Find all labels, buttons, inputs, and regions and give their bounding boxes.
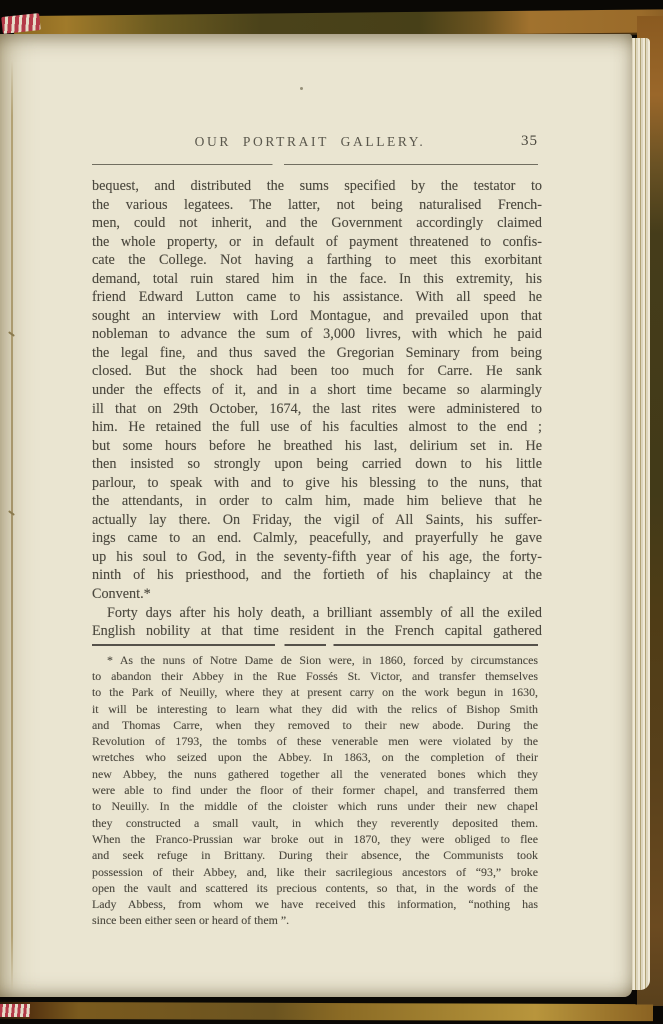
body-text: bequest, and distributed the sums specif… <box>92 177 542 641</box>
book-cover-bottom-edge <box>0 1002 653 1021</box>
page-number: 35 <box>521 133 538 150</box>
text-line: parlour, to speak with and to give his b… <box>92 474 542 493</box>
text-line: were able to find under the floor of the… <box>92 782 538 798</box>
page-gutter-fold <box>11 60 13 991</box>
text-line: Convent.* <box>92 585 542 604</box>
text-line: to Neuilly. In the middle of the cloiste… <box>92 798 538 814</box>
running-header: OUR PORTRAIT GALLERY. 35 <box>92 133 542 152</box>
text-line: and Thomas Carre, when they removed to t… <box>92 717 538 733</box>
running-header-title: OUR PORTRAIT GALLERY. <box>92 134 528 150</box>
text-line: open the vault and scattered its preciou… <box>92 880 538 896</box>
text-line: wretches who seized upon the Abbey. In 1… <box>92 749 538 765</box>
text-line: the various legatees. The latter, not be… <box>92 196 542 215</box>
endband-bottom <box>0 1004 30 1017</box>
text-line: cate the College. Not having a farthing … <box>92 251 542 270</box>
text-line: to the Park of Neuilly, where they at pr… <box>92 684 538 700</box>
text-line: Revolution of 1793, the tombs of these v… <box>92 733 538 749</box>
book-photo: OUR PORTRAIT GALLERY. 35 bequest, and di… <box>0 0 663 1024</box>
text-line: new Abbey, the nuns gathered together al… <box>92 766 538 782</box>
text-line: friend Edward Lutton came to his assista… <box>92 288 542 307</box>
text-line: it will be interesting to learn what the… <box>92 701 538 717</box>
text-line: then insisted so strongly upon being car… <box>92 455 542 474</box>
footnote-separator <box>92 644 538 646</box>
text-line: Lady Abbess, from whom we have received … <box>92 896 538 912</box>
text-line: him. He retained the full use of his fac… <box>92 418 542 437</box>
text-line: up his soul to God, in the seventy-fifth… <box>92 548 542 567</box>
text-line: the attendants, in order to calm him, ma… <box>92 492 542 511</box>
text-line: demand, total ruin stared him in the fac… <box>92 270 542 289</box>
header-rule <box>92 164 538 165</box>
paragraph-new: Forty days after his holy death, a brill… <box>92 604 542 641</box>
text-line: to abandon their Abbey in the Rue Fossés… <box>92 668 538 684</box>
paragraph-continued: bequest, and distributed the sums specif… <box>92 177 542 604</box>
text-line: closed. But the shock had been too much … <box>92 362 542 381</box>
text-line: When the Franco-Prussian war broke out i… <box>92 831 538 847</box>
text-line: and seek refuge in Brittany. During thei… <box>92 847 538 863</box>
text-line: the legal fine, and thus saved the Grego… <box>92 344 542 363</box>
text-line: sought an interview with Lord Montague, … <box>92 307 542 326</box>
text-line: they constructed a small vault, in which… <box>92 815 538 831</box>
text-line: bequest, and distributed the sums specif… <box>92 177 542 196</box>
text-line: actually lay there. On Friday, the vigil… <box>92 511 542 530</box>
text-line: men, could not inherit, and the Governme… <box>92 214 542 233</box>
text-line: English nobility at that time resident i… <box>92 622 542 641</box>
text-line: * As the nuns of Notre Dame de Sion were… <box>92 652 538 668</box>
text-line: under the effects of it, and in a short … <box>92 381 542 400</box>
text-line: possession of their Abbey, and, like the… <box>92 864 538 880</box>
text-line: but some hours before he breathed his la… <box>92 437 542 456</box>
text-line: nobleman to advance the sum of 3,000 liv… <box>92 325 542 344</box>
text-line: ill that on 29th October, 1674, the last… <box>92 400 542 419</box>
page-content: OUR PORTRAIT GALLERY. 35 bequest, and di… <box>92 34 542 929</box>
text-line: Forty days after his holy death, a brill… <box>92 604 542 623</box>
text-line: ings came to an end. Calmly, peacefully,… <box>92 529 542 548</box>
text-line: ninth of his priesthood, and the fortiet… <box>92 566 542 585</box>
book-page: OUR PORTRAIT GALLERY. 35 bequest, and di… <box>0 34 632 997</box>
text-line: since been either seen or heard of them … <box>92 912 538 928</box>
footnote-text: * As the nuns of Notre Dame de Sion were… <box>92 652 538 929</box>
text-line: the whole property, or in default of pay… <box>92 233 542 252</box>
